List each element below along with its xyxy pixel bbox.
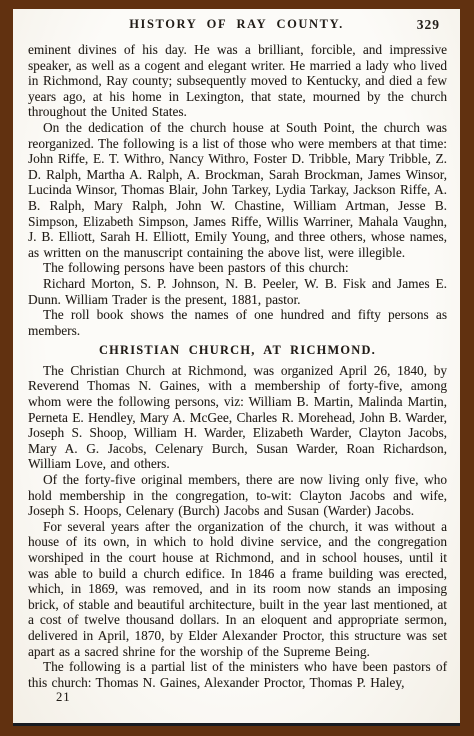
page-number: 329: [417, 17, 440, 33]
paragraph: The following is a partial list of the m…: [28, 659, 447, 690]
paragraph: Of the forty-five original members, ther…: [28, 472, 447, 519]
paragraph: Richard Morton, S. P. Johnson, N. B. Pee…: [28, 276, 447, 307]
page-body: eminent divines of his day. He was a bri…: [13, 35, 460, 706]
signature-mark: 21: [28, 690, 447, 706]
book-page: HISTORY OF RAY COUNTY. 329 eminent divin…: [13, 9, 460, 726]
paragraph: For several years after the organization…: [28, 519, 447, 659]
page-header: HISTORY OF RAY COUNTY. 329: [13, 17, 460, 35]
running-title: HISTORY OF RAY COUNTY.: [13, 17, 460, 32]
paragraph: On the dedication of the church house at…: [28, 120, 447, 260]
paragraph-continuation: eminent divines of his day. He was a bri…: [28, 42, 447, 120]
paragraph: The roll book shows the names of one hun…: [28, 307, 447, 338]
paragraph: The following persons have been pastors …: [28, 260, 447, 276]
page-edge-shadow: [13, 723, 460, 726]
paragraph: The Christian Church at Richmond, was or…: [28, 363, 447, 472]
section-heading: CHRISTIAN CHURCH, AT RICHMOND.: [28, 343, 447, 359]
